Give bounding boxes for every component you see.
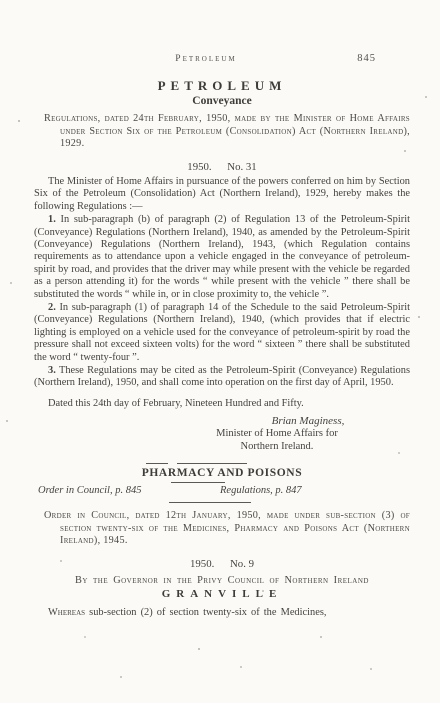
whereas-text: sub-section (2) of section twenty-six of… bbox=[89, 607, 326, 618]
reference-order-in-council: Order in Council, p. 845 bbox=[38, 485, 141, 496]
divider-rule-top bbox=[8, 463, 384, 464]
paragraph-number-1: 1. bbox=[48, 214, 56, 225]
dated-line: Dated this 24th day of February, Ninetee… bbox=[34, 398, 410, 410]
signature-role-line2: Northern Ireland. bbox=[168, 441, 386, 454]
governor-name: GRANVILLE bbox=[34, 588, 410, 600]
paragraph-text-1: In sub-paragraph (b) of paragraph (2) of… bbox=[34, 214, 410, 299]
regulations-number-line: 1950. No. 31 bbox=[34, 161, 410, 173]
reference-regulations: Regulations, p. 847 bbox=[220, 485, 302, 496]
intro-paragraph: The Minister of Home Affairs in pursuanc… bbox=[34, 176, 410, 213]
signature-block: Brian Maginess, Minister of Home Affairs… bbox=[168, 415, 386, 453]
paragraph-text-2: In sub-paragraph (1) of paragraph 14 of … bbox=[34, 302, 410, 363]
pharmacy-section: PHARMACY AND POISONS Order in Council, p… bbox=[34, 463, 410, 620]
order-number: No. 9 bbox=[230, 558, 254, 570]
divider-rule-segment bbox=[146, 463, 168, 464]
pharmacy-header: PHARMACY AND POISONS Order in Council, p… bbox=[34, 463, 410, 504]
section-title-petroleum: PETROLEUM bbox=[34, 78, 410, 94]
signature-role-line1: Minister of Home Affairs for bbox=[168, 428, 386, 441]
regulations-year: 1950. bbox=[187, 161, 211, 173]
regulation-paragraph-2: 2. In sub-paragraph (1) of paragraph 14 … bbox=[34, 302, 410, 364]
page-number: 845 bbox=[357, 53, 376, 64]
scan-noise-specks bbox=[0, 0, 2, 2]
governor-by-line: By the Governor in the Privy Council of … bbox=[34, 575, 410, 586]
whereas-paragraph: Whereas sub-section (2) of section twent… bbox=[34, 607, 410, 619]
order-in-council-heading: Order in Council, dated 12th January, 19… bbox=[34, 510, 410, 548]
regulations-number: No. 31 bbox=[227, 161, 256, 173]
whereas-lead-word: Whereas bbox=[48, 607, 85, 618]
cross-references: Order in Council, p. 845 Regulations, p.… bbox=[34, 485, 410, 499]
regulation-paragraph-3: 3. These Regulations may be cited as the… bbox=[34, 365, 410, 390]
regulations-heading: Regulations, dated 24th February, 1950, … bbox=[34, 113, 410, 151]
order-year: 1950. bbox=[190, 558, 214, 570]
divider-rule-segment bbox=[177, 463, 247, 464]
paragraph-number-3: 3. bbox=[48, 365, 56, 376]
section-subtitle-conveyance: Conveyance bbox=[34, 95, 410, 107]
divider-rule-mid bbox=[171, 482, 225, 483]
paragraph-number-2: 2. bbox=[48, 302, 56, 313]
signature-name: Brian Maginess, bbox=[199, 415, 417, 428]
order-number-line: 1950. No. 9 bbox=[34, 558, 410, 570]
regulation-paragraph-1: 1. In sub-paragraph (b) of paragraph (2)… bbox=[34, 214, 410, 301]
paragraph-text-3: These Regulations may be cited as the Pe… bbox=[34, 365, 410, 388]
running-header: Petroleum 845 bbox=[34, 54, 410, 67]
running-header-title: Petroleum bbox=[18, 54, 394, 64]
section-title-pharmacy: PHARMACY AND POISONS bbox=[34, 467, 410, 479]
scanned-document-page: Petroleum 845 PETROLEUM Conveyance Regul… bbox=[0, 0, 440, 703]
petroleum-section: PETROLEUM Conveyance Regulations, dated … bbox=[34, 78, 410, 454]
divider-rule-bottom bbox=[169, 502, 251, 503]
page-content: Petroleum 845 PETROLEUM Conveyance Regul… bbox=[34, 54, 410, 620]
